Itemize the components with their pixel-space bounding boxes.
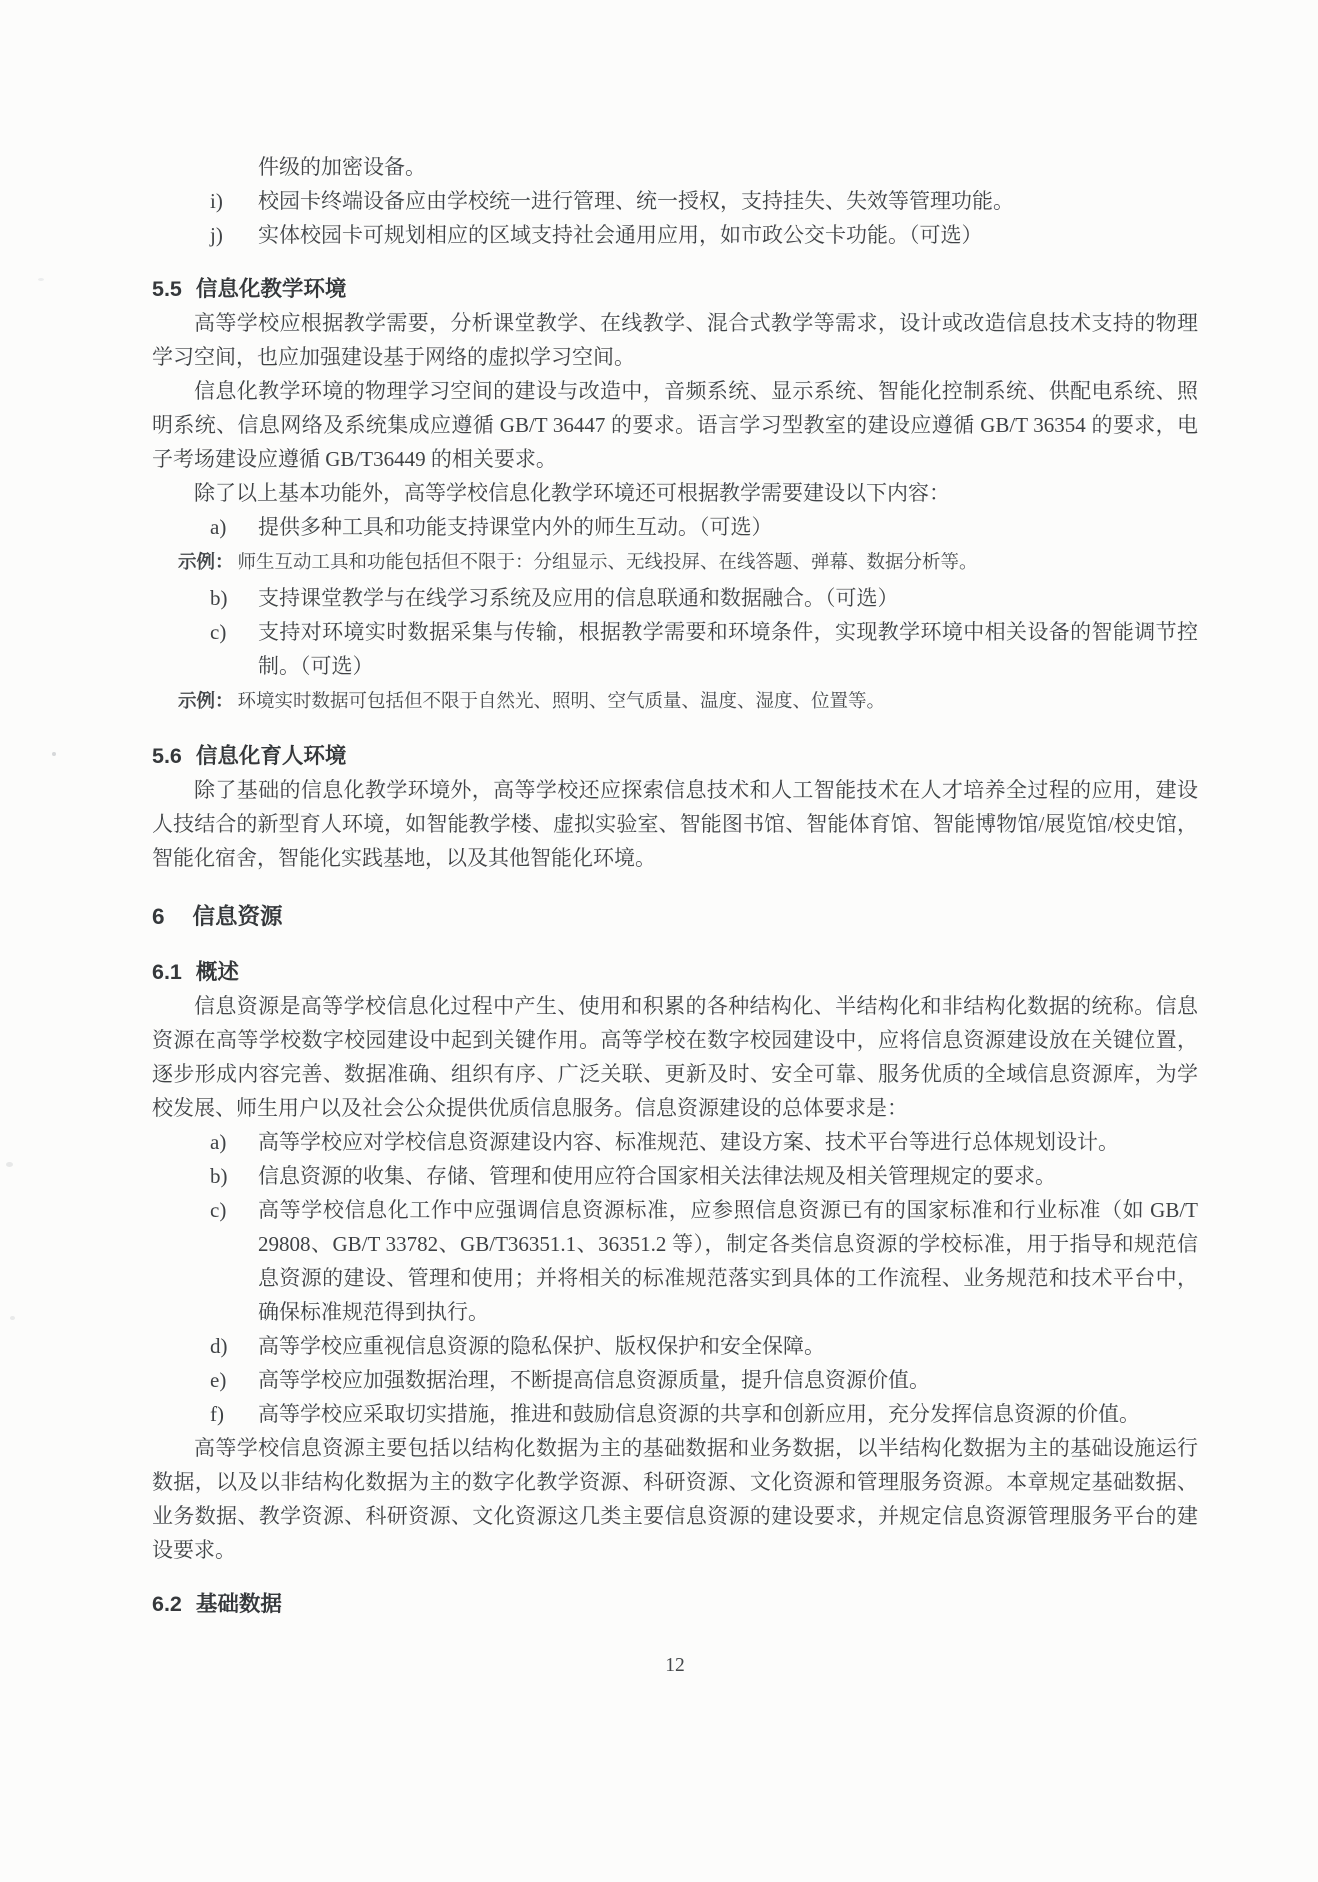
section-title: 信息化教学环境 [196, 277, 347, 301]
section-number: 6.2 [152, 1592, 182, 1616]
list-item-label: a) [210, 1125, 258, 1159]
page-number: 12 [152, 1649, 1198, 1682]
section-heading-5-6: 5.6信息化育人环境 [152, 739, 1198, 773]
list-item: d) 高等学校应重视信息资源的隐私保护、版权保护和安全保障。 [152, 1329, 1198, 1363]
paragraph: 信息化教学环境的物理学习空间的建设与改造中，音频系统、显示系统、智能化控制系统、… [152, 374, 1198, 476]
list-item: i) 校园卡终端设备应由学校统一进行管理、统一授权，支持挂失、失效等管理功能。 [152, 184, 1198, 218]
example-note: 示例：环境实时数据可包括但不限于自然光、照明、空气质量、温度、湿度、位置等。 [178, 684, 1198, 719]
chapter-number: 6 [152, 904, 165, 929]
example-note: 示例：师生互动工具和功能包括但不限于：分组显示、无线投屏、在线答题、弹幕、数据分… [178, 545, 1198, 580]
list-item: b) 支持课堂教学与在线学习系统及应用的信息联通和数据融合。（可选） [152, 581, 1198, 615]
section-heading-6-2: 6.2基础数据 [152, 1587, 1198, 1621]
list-item-label: c) [210, 615, 258, 683]
section-title: 概述 [196, 960, 239, 984]
chapter-title: 信息资源 [193, 904, 283, 929]
section-heading-6-1: 6.1概述 [152, 955, 1198, 989]
paragraph: 除了以上基本功能外，高等学校信息化教学环境还可根据教学需要建设以下内容： [152, 476, 1198, 510]
scan-artifact [52, 752, 56, 756]
list-item-label: f) [210, 1397, 258, 1431]
list-item-text: 信息资源的收集、存储、管理和使用应符合国家相关法律法规及相关管理规定的要求。 [258, 1159, 1198, 1193]
section-number: 6.1 [152, 960, 182, 984]
list-item-text: 高等学校应采取切实措施，推进和鼓励信息资源的共享和创新应用，充分发挥信息资源的价… [258, 1397, 1198, 1431]
section-number: 5.6 [152, 744, 182, 768]
section-heading-5-5: 5.5信息化教学环境 [152, 272, 1198, 306]
scan-artifact [10, 1316, 15, 1320]
scan-artifact [38, 278, 44, 281]
list-item-text: 高等学校应加强数据治理，不断提高信息资源质量，提升信息资源价值。 [258, 1363, 1198, 1397]
list-item-label: e) [210, 1363, 258, 1397]
list-item-label: i) [210, 184, 258, 218]
list-item-text: 校园卡终端设备应由学校统一进行管理、统一授权，支持挂失、失效等管理功能。 [258, 184, 1198, 218]
example-label: 示例： [178, 690, 234, 711]
list-item: a) 提供多种工具和功能支持课堂内外的师生互动。（可选） [152, 510, 1198, 544]
list-item: c) 高等学校信息化工作中应强调信息资源标准，应参照信息资源已有的国家标准和行业… [152, 1193, 1198, 1329]
section-number: 5.5 [152, 277, 182, 301]
scan-artifact [6, 1162, 13, 1167]
list-item-label: c) [210, 1193, 258, 1329]
list-item-text: 高等学校信息化工作中应强调信息资源标准，应参照信息资源已有的国家标准和行业标准（… [258, 1193, 1198, 1329]
section-title: 信息化育人环境 [196, 744, 347, 768]
paragraph: 除了基础的信息化教学环境外，高等学校还应探索信息技术和人工智能技术在人才培养全过… [152, 773, 1198, 875]
list-item-text: 支持对环境实时数据采集与传输，根据教学需要和环境条件，实现教学环境中相关设备的智… [258, 615, 1198, 683]
list-item: e) 高等学校应加强数据治理，不断提高信息资源质量，提升信息资源价值。 [152, 1363, 1198, 1397]
list-item-text: 高等学校应重视信息资源的隐私保护、版权保护和安全保障。 [258, 1329, 1198, 1363]
list-item: f) 高等学校应采取切实措施，推进和鼓励信息资源的共享和创新应用，充分发挥信息资… [152, 1397, 1198, 1431]
chapter-heading-6: 6信息资源 [152, 899, 1198, 935]
list-item-text: 提供多种工具和功能支持课堂内外的师生互动。（可选） [258, 510, 1198, 544]
list-item: b) 信息资源的收集、存储、管理和使用应符合国家相关法律法规及相关管理规定的要求… [152, 1159, 1198, 1193]
example-text: 环境实时数据可包括但不限于自然光、照明、空气质量、温度、湿度、位置等。 [238, 692, 886, 712]
list-item-label: d) [210, 1329, 258, 1363]
document-page: 件级的加密设备。 i) 校园卡终端设备应由学校统一进行管理、统一授权，支持挂失、… [0, 0, 1318, 1882]
paragraph: 高等学校信息资源主要包括以结构化数据为主的基础数据和业务数据，以半结构化数据为主… [152, 1431, 1198, 1567]
list-item-label: j) [210, 218, 258, 252]
section-title: 基础数据 [196, 1592, 282, 1616]
list-item-label: b) [210, 1159, 258, 1193]
list-item: j) 实体校园卡可规划相应的区域支持社会通用应用，如市政公交卡功能。（可选） [152, 218, 1198, 252]
list-item-label: b) [210, 581, 258, 615]
list-item-continuation: 件级的加密设备。 [258, 150, 1198, 184]
list-item: c) 支持对环境实时数据采集与传输，根据教学需要和环境条件，实现教学环境中相关设… [152, 615, 1198, 683]
list-item-text: 高等学校应对学校信息资源建设内容、标准规范、建设方案、技术平台等进行总体规划设计… [258, 1125, 1198, 1159]
list-item-label: a) [210, 510, 258, 544]
example-label: 示例： [178, 551, 234, 572]
example-text: 师生互动工具和功能包括但不限于：分组显示、无线投屏、在线答题、弹幕、数据分析等。 [238, 553, 978, 573]
paragraph: 信息资源是高等学校信息化过程中产生、使用和积累的各种结构化、半结构化和非结构化数… [152, 989, 1198, 1125]
page-content: 件级的加密设备。 i) 校园卡终端设备应由学校统一进行管理、统一授权，支持挂失、… [0, 0, 1318, 1682]
list-item-text: 实体校园卡可规划相应的区域支持社会通用应用，如市政公交卡功能。（可选） [258, 218, 1198, 252]
list-item-text: 支持课堂教学与在线学习系统及应用的信息联通和数据融合。（可选） [258, 581, 1198, 615]
list-item: a) 高等学校应对学校信息资源建设内容、标准规范、建设方案、技术平台等进行总体规… [152, 1125, 1198, 1159]
paragraph: 高等学校应根据教学需要，分析课堂教学、在线教学、混合式教学等需求，设计或改造信息… [152, 306, 1198, 374]
